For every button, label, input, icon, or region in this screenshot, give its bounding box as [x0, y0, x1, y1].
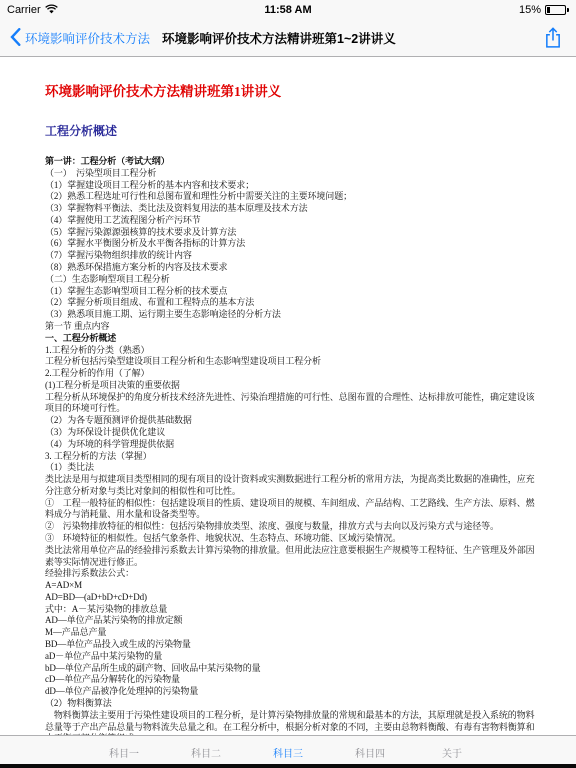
document-line: 物料衡算法主要用于污染性建设项目的工程分析，是计算污染物排放量的常规和最基本的方…: [45, 710, 531, 722]
nav-bar: 环境影响评价技术方法 环境影响评价技术方法精讲班第1~2讲讲义: [0, 20, 576, 57]
document-line: （3）为环保设计提供优化建议: [45, 427, 531, 439]
document-line: 类比法是用与拟建项目类型相同的现有项目的设计资料或实测数据进行工程分析的常用方法…: [45, 474, 531, 486]
document-line: dD—单位产品被净化处理掉的污染物量: [45, 686, 531, 698]
tab-kemu-4[interactable]: 科目四: [329, 745, 411, 760]
status-bar: Carrier 11:58 AM 15%: [0, 0, 576, 20]
document-line: （7）掌握污染物组织排放的统计内容: [45, 250, 531, 262]
back-button-label: 环境影响评价技术方法: [25, 29, 150, 47]
document-line: ② 污染物排放特征的相似性：包括污染物排放类型、浓度、强度与数量，排放方式与去向…: [45, 521, 531, 533]
document-line: （3）掌握物料平衡法、类比法及资料复用法的基本原理及技术方法: [45, 203, 531, 215]
document-line: ③ 环境特征的相似性。包括气象条件、地貌状况、生态特点、环境功能、区域污染情况。: [45, 533, 531, 545]
document-line: AD—单位产品某污染物的排放定额: [45, 615, 531, 627]
document-line: 第一讲：工程分析（考试大纲）: [45, 156, 531, 168]
document-line: （5）掌握污染源源强核算的技术要求及计算方法: [45, 227, 531, 239]
document-line: 经验排污系数法公式：: [45, 568, 531, 580]
tab-kemu-2[interactable]: 科目二: [165, 745, 247, 760]
document-line: AD=BD—(aD+bD+cD+Dd): [45, 592, 531, 604]
document-line: （6）掌握水平衡图分析及水平衡各指标的计算方法: [45, 238, 531, 250]
document-line: （3）熟悉项目施工期、运行期主要生态影响途径的分析方法: [45, 309, 531, 321]
document-line: （2）掌握分析项目组成、布置和工程特点的基本方法: [45, 297, 531, 309]
document-line: BD—单位产品投入或生成的污染物量: [45, 639, 531, 651]
document-line: 式中：A－某污染物的排放总量: [45, 604, 531, 616]
document-line: bD—单位产品所生成的副产物、回收品中某污染物的量: [45, 663, 531, 675]
clock: 11:58 AM: [264, 4, 311, 16]
document-line: （4）为环境的科学管理提供依据: [45, 439, 531, 451]
home-strip: [0, 764, 576, 768]
document-lines: 第一讲：工程分析（考试大纲）（一） 污染型项目工程分析（1）掌握建设项目工程分析…: [45, 156, 531, 735]
tab-kemu-3[interactable]: 科目三: [247, 745, 329, 760]
document-line: 类比法常用单位产品的经验排污系数去计算污染物的排放量。但用此法应注意要根据生产规…: [45, 545, 531, 557]
tab-about[interactable]: 关于: [411, 745, 493, 760]
document-line: 2.工程分析的作用（了解）: [45, 368, 531, 380]
document-line: aD－单位产品中某污染物的量: [45, 651, 531, 663]
battery-percent: 15%: [519, 4, 541, 16]
document-line: 总量等于产出产品总量与物料流失总量之和。在工程分析中，根据分析对象的不同，主要由…: [45, 722, 531, 734]
document-view[interactable]: 环境影响评价技术方法精讲班第1讲讲义 工程分析概述 第一讲：工程分析（考试大纲）…: [0, 58, 576, 735]
document-line: （1）掌握建设项目工程分析的基本内容和技术要求；: [45, 180, 531, 192]
document-section-heading: 工程分析概述: [45, 124, 531, 138]
page-title: 环境影响评价技术方法精讲班第1~2讲讲义: [162, 29, 396, 47]
wifi-icon: [45, 4, 58, 17]
share-icon: [544, 37, 562, 54]
back-button[interactable]: 环境影响评价技术方法: [10, 28, 150, 49]
document-line: A=AD×M: [45, 580, 531, 592]
share-button[interactable]: [544, 26, 562, 55]
document-line: M—产品总产量: [45, 627, 531, 639]
tab-bar: 科目一科目二科目三科目四关于: [0, 735, 576, 764]
app-screen: Carrier 11:58 AM 15%: [0, 0, 576, 768]
document-line: ① 工程一般特征的相似性：包括建设项目的性质、建设项目的规模、车间组成、产品结构…: [45, 498, 531, 510]
document-line: （2）物料衡算法: [45, 698, 531, 710]
document-line: （8）熟悉环保措施方案分析的内容及技术要求: [45, 262, 531, 274]
carrier-label: Carrier: [7, 4, 41, 16]
document-line: （1）类比法: [45, 462, 531, 474]
document-line: （一） 污染型项目工程分析: [45, 168, 531, 180]
document-line: 3. 工程分析的方法（掌握）: [45, 451, 531, 463]
tab-kemu-1[interactable]: 科目一: [83, 745, 165, 760]
document-line: （4）掌握使用工艺流程图分析产污环节: [45, 215, 531, 227]
document-line: （二）生态影响型项目工程分析: [45, 274, 531, 286]
document-line: （2）为各专题预测评价提供基础数据: [45, 415, 531, 427]
document-line: cD—单位产品分解转化的污染物量: [45, 674, 531, 686]
document-line: 一、工程分析概述: [45, 333, 531, 345]
document-line: 1.工程分析的分类（熟悉）: [45, 345, 531, 357]
document-line: (1)工程分析是项目决策的重要依据: [45, 380, 531, 392]
document-line: 第一节 重点内容: [45, 321, 531, 333]
document-line: （2）熟悉工程选址可行性和总图布置和理性分析中需要关注的主要环境问题；: [45, 191, 531, 203]
back-chevron-icon: [10, 28, 21, 49]
document-line: 工程分析从环境保护的角度分析技术经济先进性、污染治理措施的可行性、总图布置的合理…: [45, 392, 531, 404]
document-line: （1）掌握生态影响型项目工程分析的技术要点: [45, 286, 531, 298]
document-line: 素等实际情况进行修正。: [45, 557, 531, 569]
battery-icon: [545, 5, 569, 15]
document-line: 分注意分析对象与类比对象间的相似性和可比性。: [45, 486, 531, 498]
document-line: 料成分与消耗量、用水量和设备类型等。: [45, 509, 531, 521]
document-line: 工程分析包括污染型建设项目工程分析和生态影响型建设项目工程分析: [45, 356, 531, 368]
document-line: 项目的环境可行性。: [45, 403, 531, 415]
document-title: 环境影响评价技术方法精讲班第1讲讲义: [45, 83, 531, 100]
